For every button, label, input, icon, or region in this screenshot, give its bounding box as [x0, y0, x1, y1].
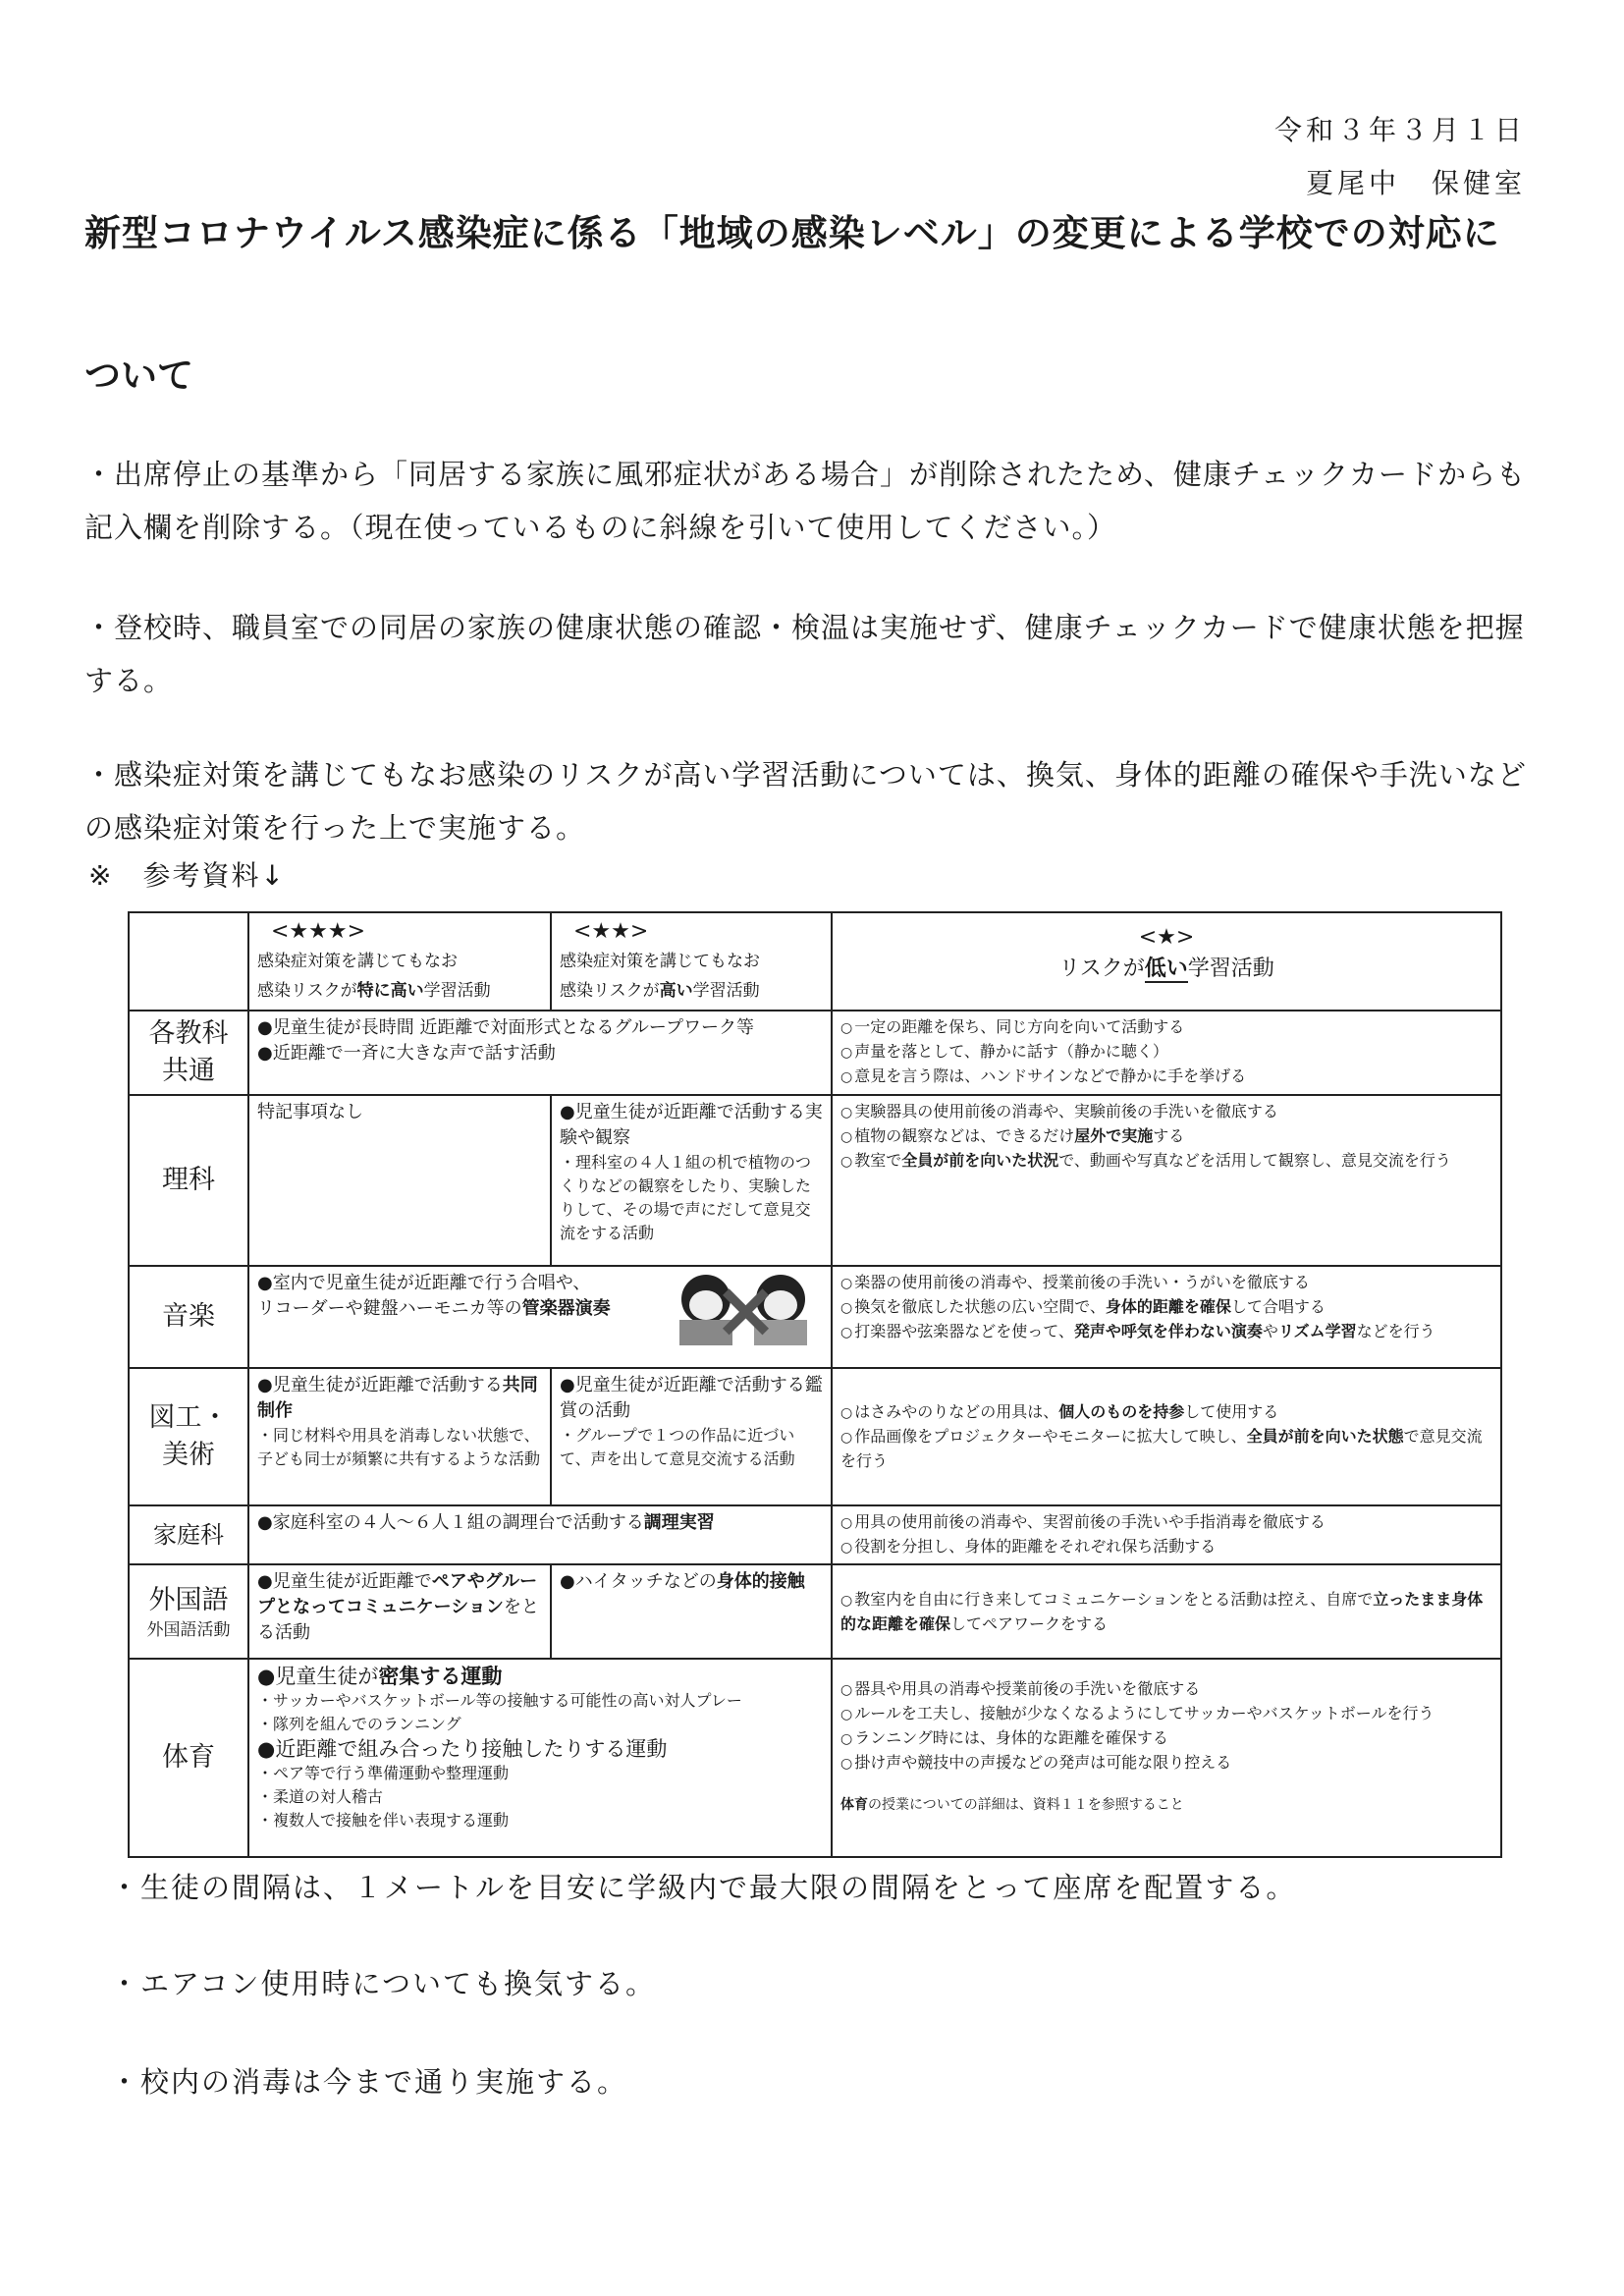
pe-high-cell: ●児童生徒が密集する運動 ・サッカーやバスケットボール等の接触する可能性の高い対… — [248, 1659, 832, 1857]
music-low-cell: 楽器の使用前後の消毒や、授業前後の手洗い・うがいを徹底する 換気を徹底した状態の… — [832, 1266, 1501, 1368]
issuer: 夏尾中 保健室 — [1274, 157, 1526, 210]
document-title: 新型コロナウイルス感染症に係る「地域の感染レベル」の変更による学校での対応に — [84, 214, 1557, 253]
common-low-cell: 一定の距離を保ち、同じ方向を向いて活動する 声量を落として、静かに話す（静かに聴… — [832, 1011, 1501, 1095]
science-high3-cell: 特記事項なし — [248, 1095, 551, 1266]
two-star-label: <★★> — [560, 917, 823, 947]
row-art: 図工・美術 ●児童生徒が近距離で活動する共同制作 ・同じ材料や用具を消毒しない状… — [129, 1368, 1501, 1505]
three-star-label: <★★★> — [257, 917, 542, 947]
subject-foreign-language: 外国語外国語活動 — [129, 1564, 248, 1659]
pe-low-cell: 器具や用具の消毒や授業前後の手洗いを徹底する ルールを工夫し、接触が少なくなるよ… — [832, 1659, 1501, 1857]
foreign-high2-cell: ●ハイタッチなどの身体的接触 — [551, 1564, 832, 1659]
foreign-low-cell: 教室内を自由に行き来してコミュニケーションをとる活動は控え、自席で立ったまま身体… — [832, 1564, 1501, 1659]
art-high2-cell: ●児童生徒が近距離で活動する鑑賞の活動 ・グループで１つの作品に近づいて、声を出… — [551, 1368, 832, 1505]
home-low-cell: 用具の使用前後の消毒や、実習前後の手洗いや手指消毒を徹底する 役割を分担し、身体… — [832, 1505, 1501, 1564]
no-singing-illustration-icon: × — [662, 1271, 819, 1345]
paragraph-high-risk: ・感染症対策を講じてもなお感染のリスクが高い学習活動については、換気、身体的距離… — [84, 748, 1547, 854]
foreign-high3-cell: ●児童生徒が近距離でペアやグループとなってコミュニケーションをとる活動 — [248, 1564, 551, 1659]
one-star-label: <★> — [840, 923, 1492, 953]
paragraph-attendance: ・出席停止の基準から「同居する家族に風邪症状がある場合」が削除されたため、健康チ… — [84, 448, 1547, 554]
issue-date: 令和３年３月１日 — [1274, 104, 1526, 157]
header-high3: <★★★> 感染症対策を講じてもなお 感染リスクが特に高い学習活動 — [248, 912, 551, 1011]
document-header: 令和３年３月１日 夏尾中 保健室 — [1274, 104, 1526, 210]
paragraph-disinfection: ・校内の消毒は今まで通り実施する。 — [110, 2060, 627, 2101]
common-high-cell: ●児童生徒が長時間 近距離で対面形式となるグループワーク等 ●近距離で一斉に大き… — [248, 1011, 832, 1095]
document-title-continued: ついて — [84, 346, 193, 399]
music-high-cell: ●室内で児童生徒が近距離で行う合唱や、 リコーダーや鍵盤ハーモニカ等の管楽器演奏… — [248, 1266, 832, 1368]
subject-art: 図工・美術 — [129, 1368, 248, 1505]
subject-home-economics: 家庭科 — [129, 1505, 248, 1564]
row-common: 各教科共通 ●児童生徒が長時間 近距離で対面形式となるグループワーク等 ●近距離… — [129, 1011, 1501, 1095]
row-science: 理科 特記事項なし ●児童生徒が近距離で活動する実験や観察 ・理科室の４人１組の… — [129, 1095, 1501, 1266]
paragraph-ventilation: ・エアコン使用時についても換気する。 — [110, 1962, 656, 2002]
row-music: 音楽 ●室内で児童生徒が近距離で行う合唱や、 リコーダーや鍵盤ハーモニカ等の管楽… — [129, 1266, 1501, 1368]
header-low1: <★> リスクが低い学習活動 — [832, 912, 1501, 1011]
row-pe: 体育 ●児童生徒が密集する運動 ・サッカーやバスケットボール等の接触する可能性の… — [129, 1659, 1501, 1857]
art-high3-cell: ●児童生徒が近距離で活動する共同制作 ・同じ材料や用具を消毒しない状態で、子ども… — [248, 1368, 551, 1505]
art-low-cell: はさみやのりなどの用具は、個人のものを持参して使用する 作品画像をプロジェクター… — [832, 1368, 1501, 1505]
subject-pe: 体育 — [129, 1659, 248, 1857]
science-high2-cell: ●児童生徒が近距離で活動する実験や観察 ・理科室の４人１組の机で植物のつくりなど… — [551, 1095, 832, 1266]
paragraph-seating: ・生徒の間隔は、１メートルを目安に学級内で最大限の間隔をとって座席を配置する。 — [110, 1866, 1296, 1906]
subject-science: 理科 — [129, 1095, 248, 1266]
home-high-cell: ●家庭科室の４人～６人１組の調理台で活動する調理実習 — [248, 1505, 832, 1564]
paragraph-health-check: ・登校時、職員室での同居の家族の健康状態の確認・検温は実施せず、健康チェックカー… — [84, 601, 1547, 707]
reference-table: <★★★> 感染症対策を講じてもなお 感染リスクが特に高い学習活動 <★★> 感… — [128, 911, 1502, 1858]
science-low-cell: 実験器具の使用前後の消毒や、実験前後の手洗いを徹底する 植物の観察などは、できる… — [832, 1095, 1501, 1266]
header-blank-cell — [129, 912, 248, 1011]
row-foreign-language: 外国語外国語活動 ●児童生徒が近距離でペアやグループとなってコミュニケーションを… — [129, 1564, 1501, 1659]
row-home-economics: 家庭科 ●家庭科室の４人～６人１組の調理台で活動する調理実習 用具の使用前後の消… — [129, 1505, 1501, 1564]
table-header-row: <★★★> 感染症対策を講じてもなお 感染リスクが特に高い学習活動 <★★> 感… — [129, 912, 1501, 1011]
subject-common: 各教科共通 — [129, 1011, 248, 1095]
subject-music: 音楽 — [129, 1266, 248, 1368]
header-high2: <★★> 感染症対策を講じてもなお 感染リスクが高い学習活動 — [551, 912, 832, 1011]
pe-reference-note: 体育の授業についての詳細は、資料１１を参照すること — [840, 1793, 1492, 1817]
reference-label: ※ 参考資料↓ — [88, 854, 286, 894]
